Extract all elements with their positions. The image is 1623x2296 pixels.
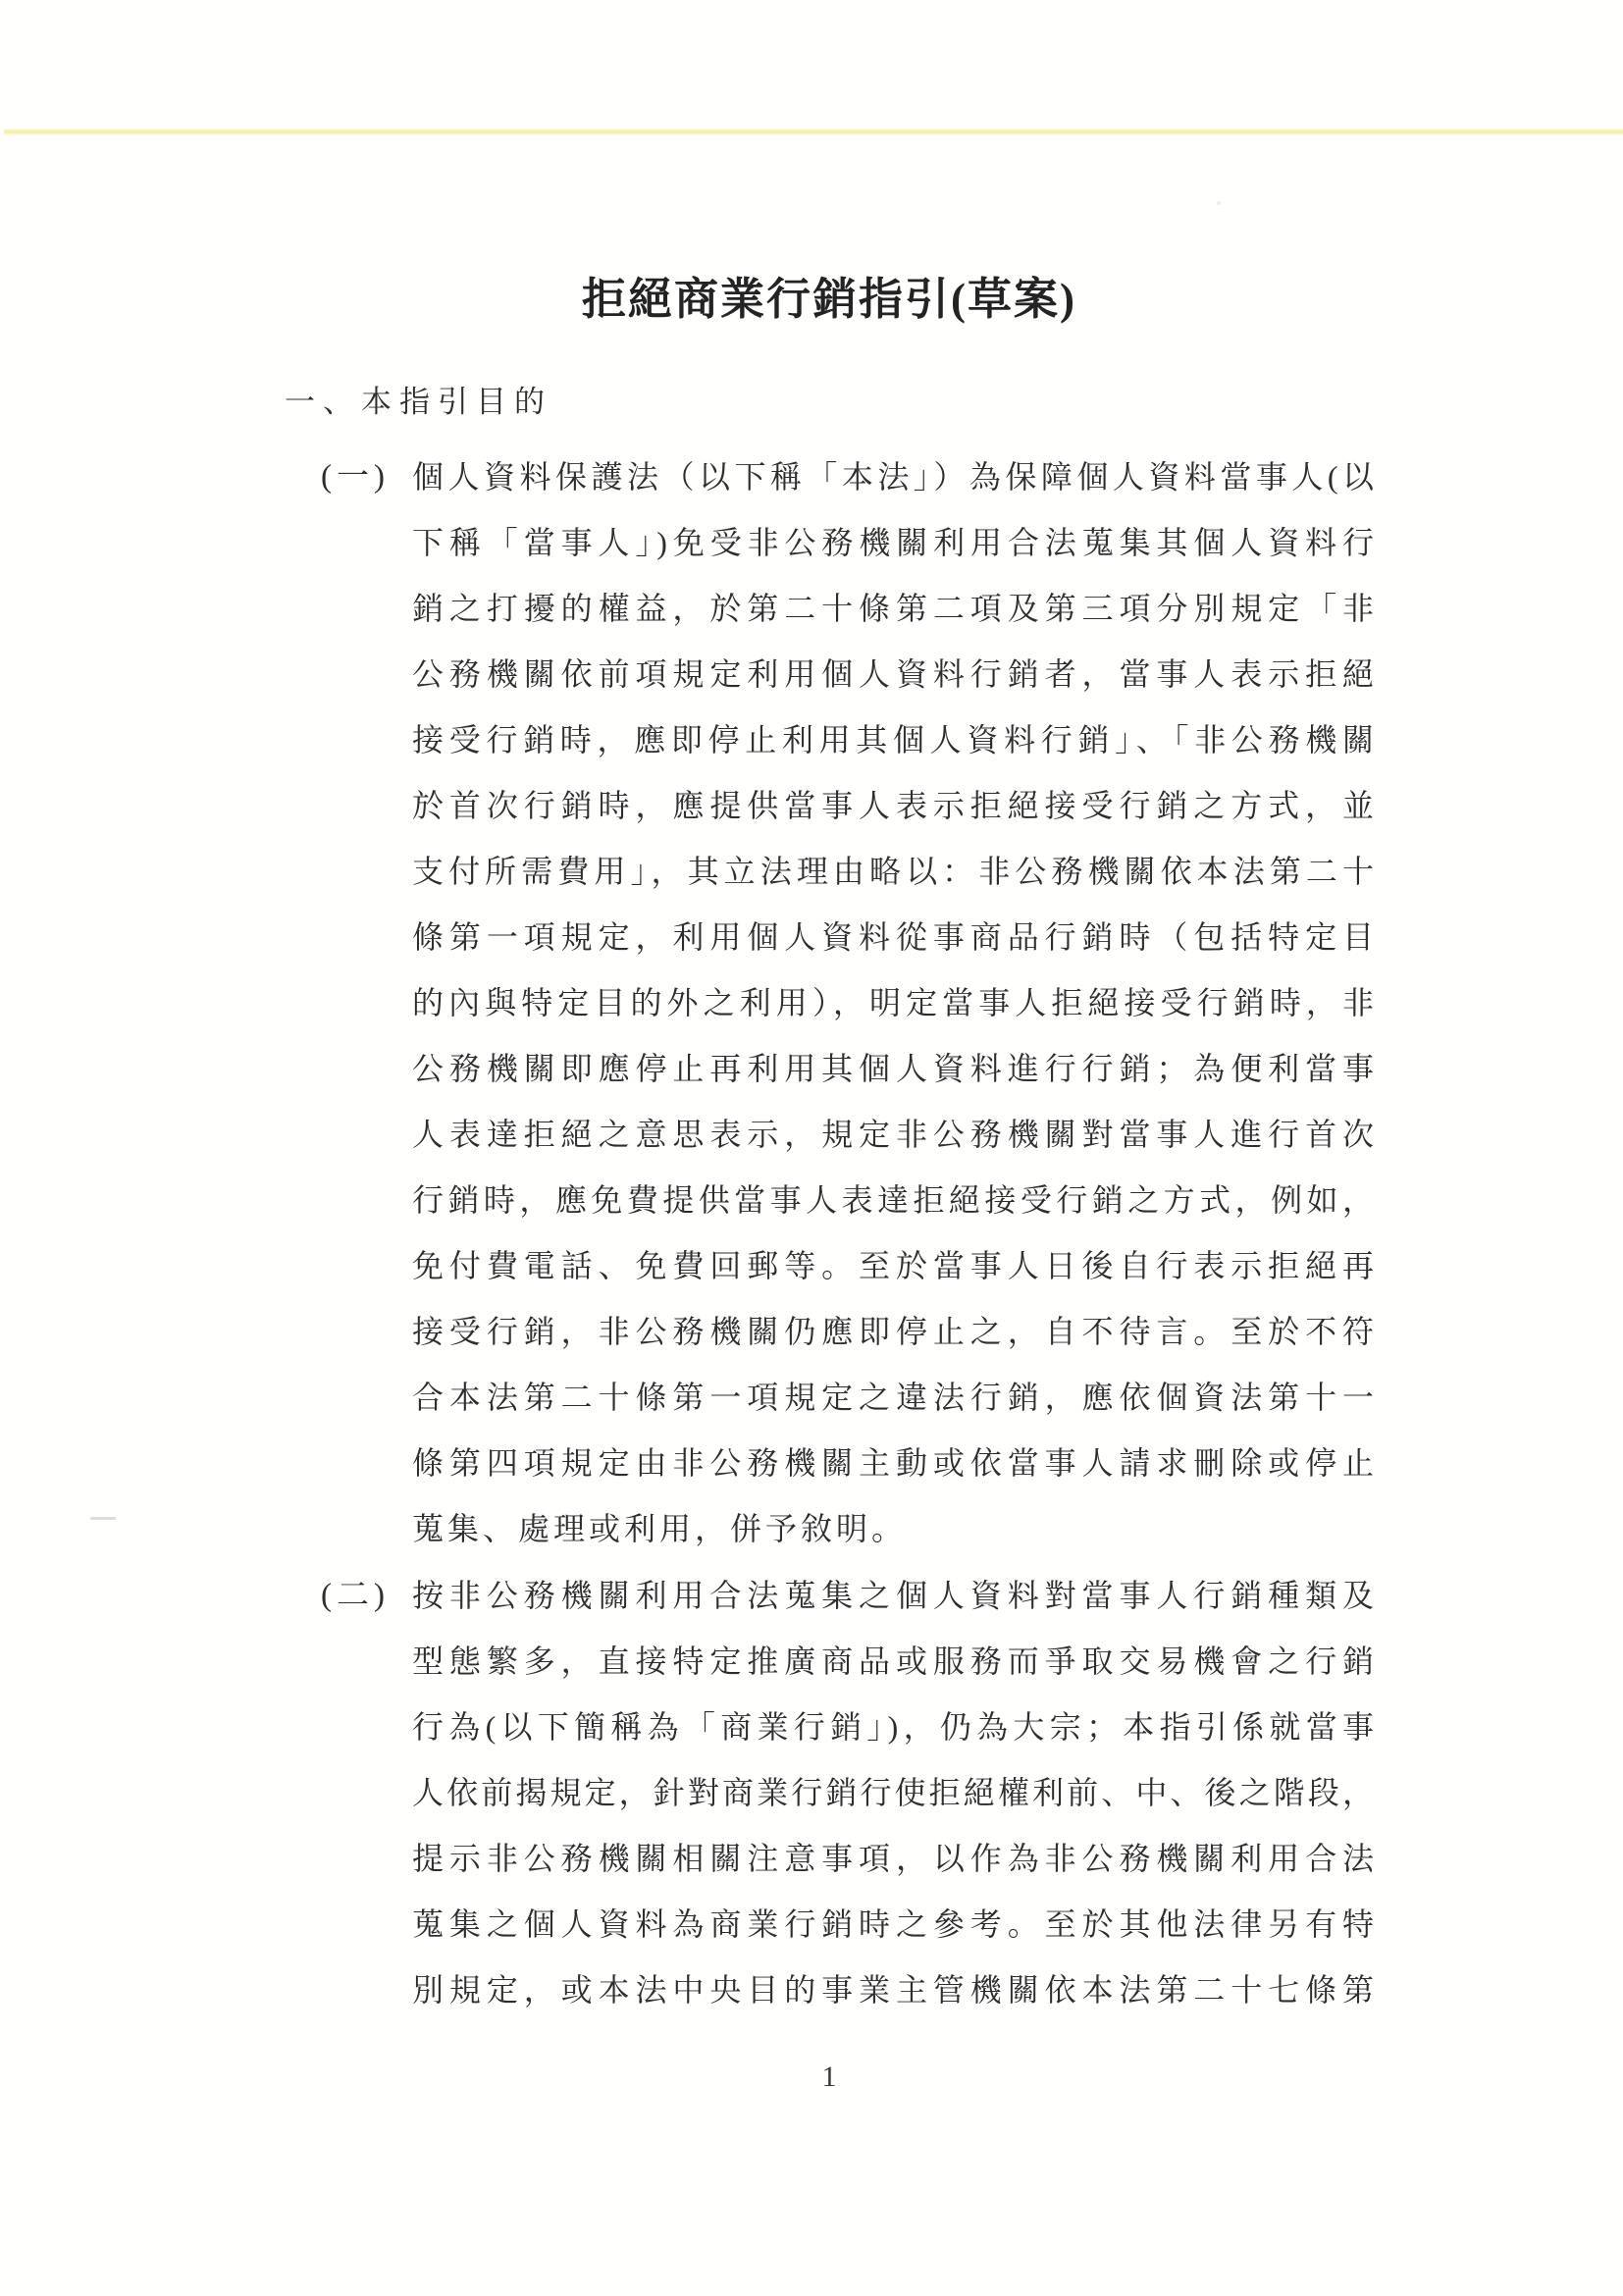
paragraph-line: 行為(以下簡稱為「商業行銷」)，仍為大宗；本指引係就當事: [412, 1695, 1374, 1760]
paragraph-line: 提示非公務機關相關注意事項，以作為非公務機關利用合法: [412, 1826, 1374, 1892]
paragraph-line: 接受行銷時，應即停止利用其個人資料行銷」、「非公務機關: [412, 707, 1374, 773]
paragraph-line: 型態繁多，直接特定推廣商品或服務而爭取交易機會之行銷: [412, 1629, 1374, 1695]
paragraph-line: 別規定，或本法中央目的事業主管機關依本法第二十七條第: [412, 1957, 1374, 2023]
page-number: 1: [289, 2058, 1369, 2097]
paragraph-label-2: (二): [321, 1563, 411, 1629]
paragraph-line: 個人資料保護法（以下稱「本法」）為保障個人資料當事人(以: [412, 444, 1374, 510]
paragraph-line: 於首次行銷時，應提供當事人表示拒絕接受行銷之方式，並: [412, 773, 1374, 839]
scan-speckle: [1217, 201, 1221, 205]
paragraph-2: 按非公務機關利用合法蒐集之個人資料對當事人行銷種類及 型態繁多，直接特定推廣商品…: [412, 1563, 1374, 2023]
paragraph-line: 人依前揭規定，針對商業行銷行使拒絕權利前、中、後之階段，: [412, 1760, 1374, 1826]
paragraph-line: 合本法第二十條第一項規定之違法行銷，應依個資法第十一: [412, 1365, 1374, 1431]
paragraph-line: 支付所需費用」，其立法理由略以：非公務機關依本法第二十: [412, 839, 1374, 905]
paragraph-line: 的內與特定目的外之利用），明定當事人拒絕接受行銷時，非: [412, 970, 1374, 1036]
scan-speckle: [90, 1517, 116, 1520]
paragraph-line: 免付費電話、免費回郵等。至於當事人日後自行表示拒絕再: [412, 1233, 1374, 1299]
paragraph-line: 蒐集之個人資料為商業行銷時之參考。至於其他法律另有特: [412, 1892, 1374, 1957]
section-heading: 一、本指引目的: [285, 382, 552, 423]
paragraph-line: 按非公務機關利用合法蒐集之個人資料對當事人行銷種類及: [412, 1563, 1374, 1629]
document-page: 拒絕商業行銷指引(草案) 一、本指引目的 (一) 個人資料保護法（以下稱「本法」…: [0, 0, 1623, 2296]
paragraph-line: 公務機關即應停止再利用其個人資料進行行銷；為便利當事: [412, 1036, 1374, 1102]
paragraph-line: 條第一項規定，利用個人資料從事商品行銷時（包括特定目: [412, 905, 1374, 970]
paragraph-line: 銷之打擾的權益，於第二十條第二項及第三項分別規定「非: [412, 576, 1374, 642]
paragraph-line: 蒐集、處理或利用，併予敘明。: [412, 1496, 1374, 1562]
paragraph-line: 公務機關依前項規定利用個人資料行銷者，當事人表示拒絕: [412, 642, 1374, 707]
scan-artifact-line: [4, 129, 1623, 135]
paragraph-line: 條第四項規定由非公務機關主動或依當事人請求刪除或停止: [412, 1431, 1374, 1496]
paragraph-line: 人表達拒絕之意思表示，規定非公務機關對當事人進行首次: [412, 1102, 1374, 1168]
paragraph-line: 行銷時，應免費提供當事人表達拒絕接受行銷之方式，例如，: [412, 1168, 1374, 1233]
paragraph-1: 個人資料保護法（以下稱「本法」）為保障個人資料當事人(以 下稱「當事人」)免受非…: [412, 444, 1374, 1562]
paragraph-line: 下稱「當事人」)免受非公務機關利用合法蒐集其個人資料行: [412, 510, 1374, 576]
paragraph-line: 接受行銷，非公務機關仍應即停止之，自不待言。至於不符: [412, 1299, 1374, 1365]
document-title: 拒絕商業行銷指引(草案): [289, 271, 1369, 328]
paragraph-label-1: (一): [321, 444, 411, 510]
